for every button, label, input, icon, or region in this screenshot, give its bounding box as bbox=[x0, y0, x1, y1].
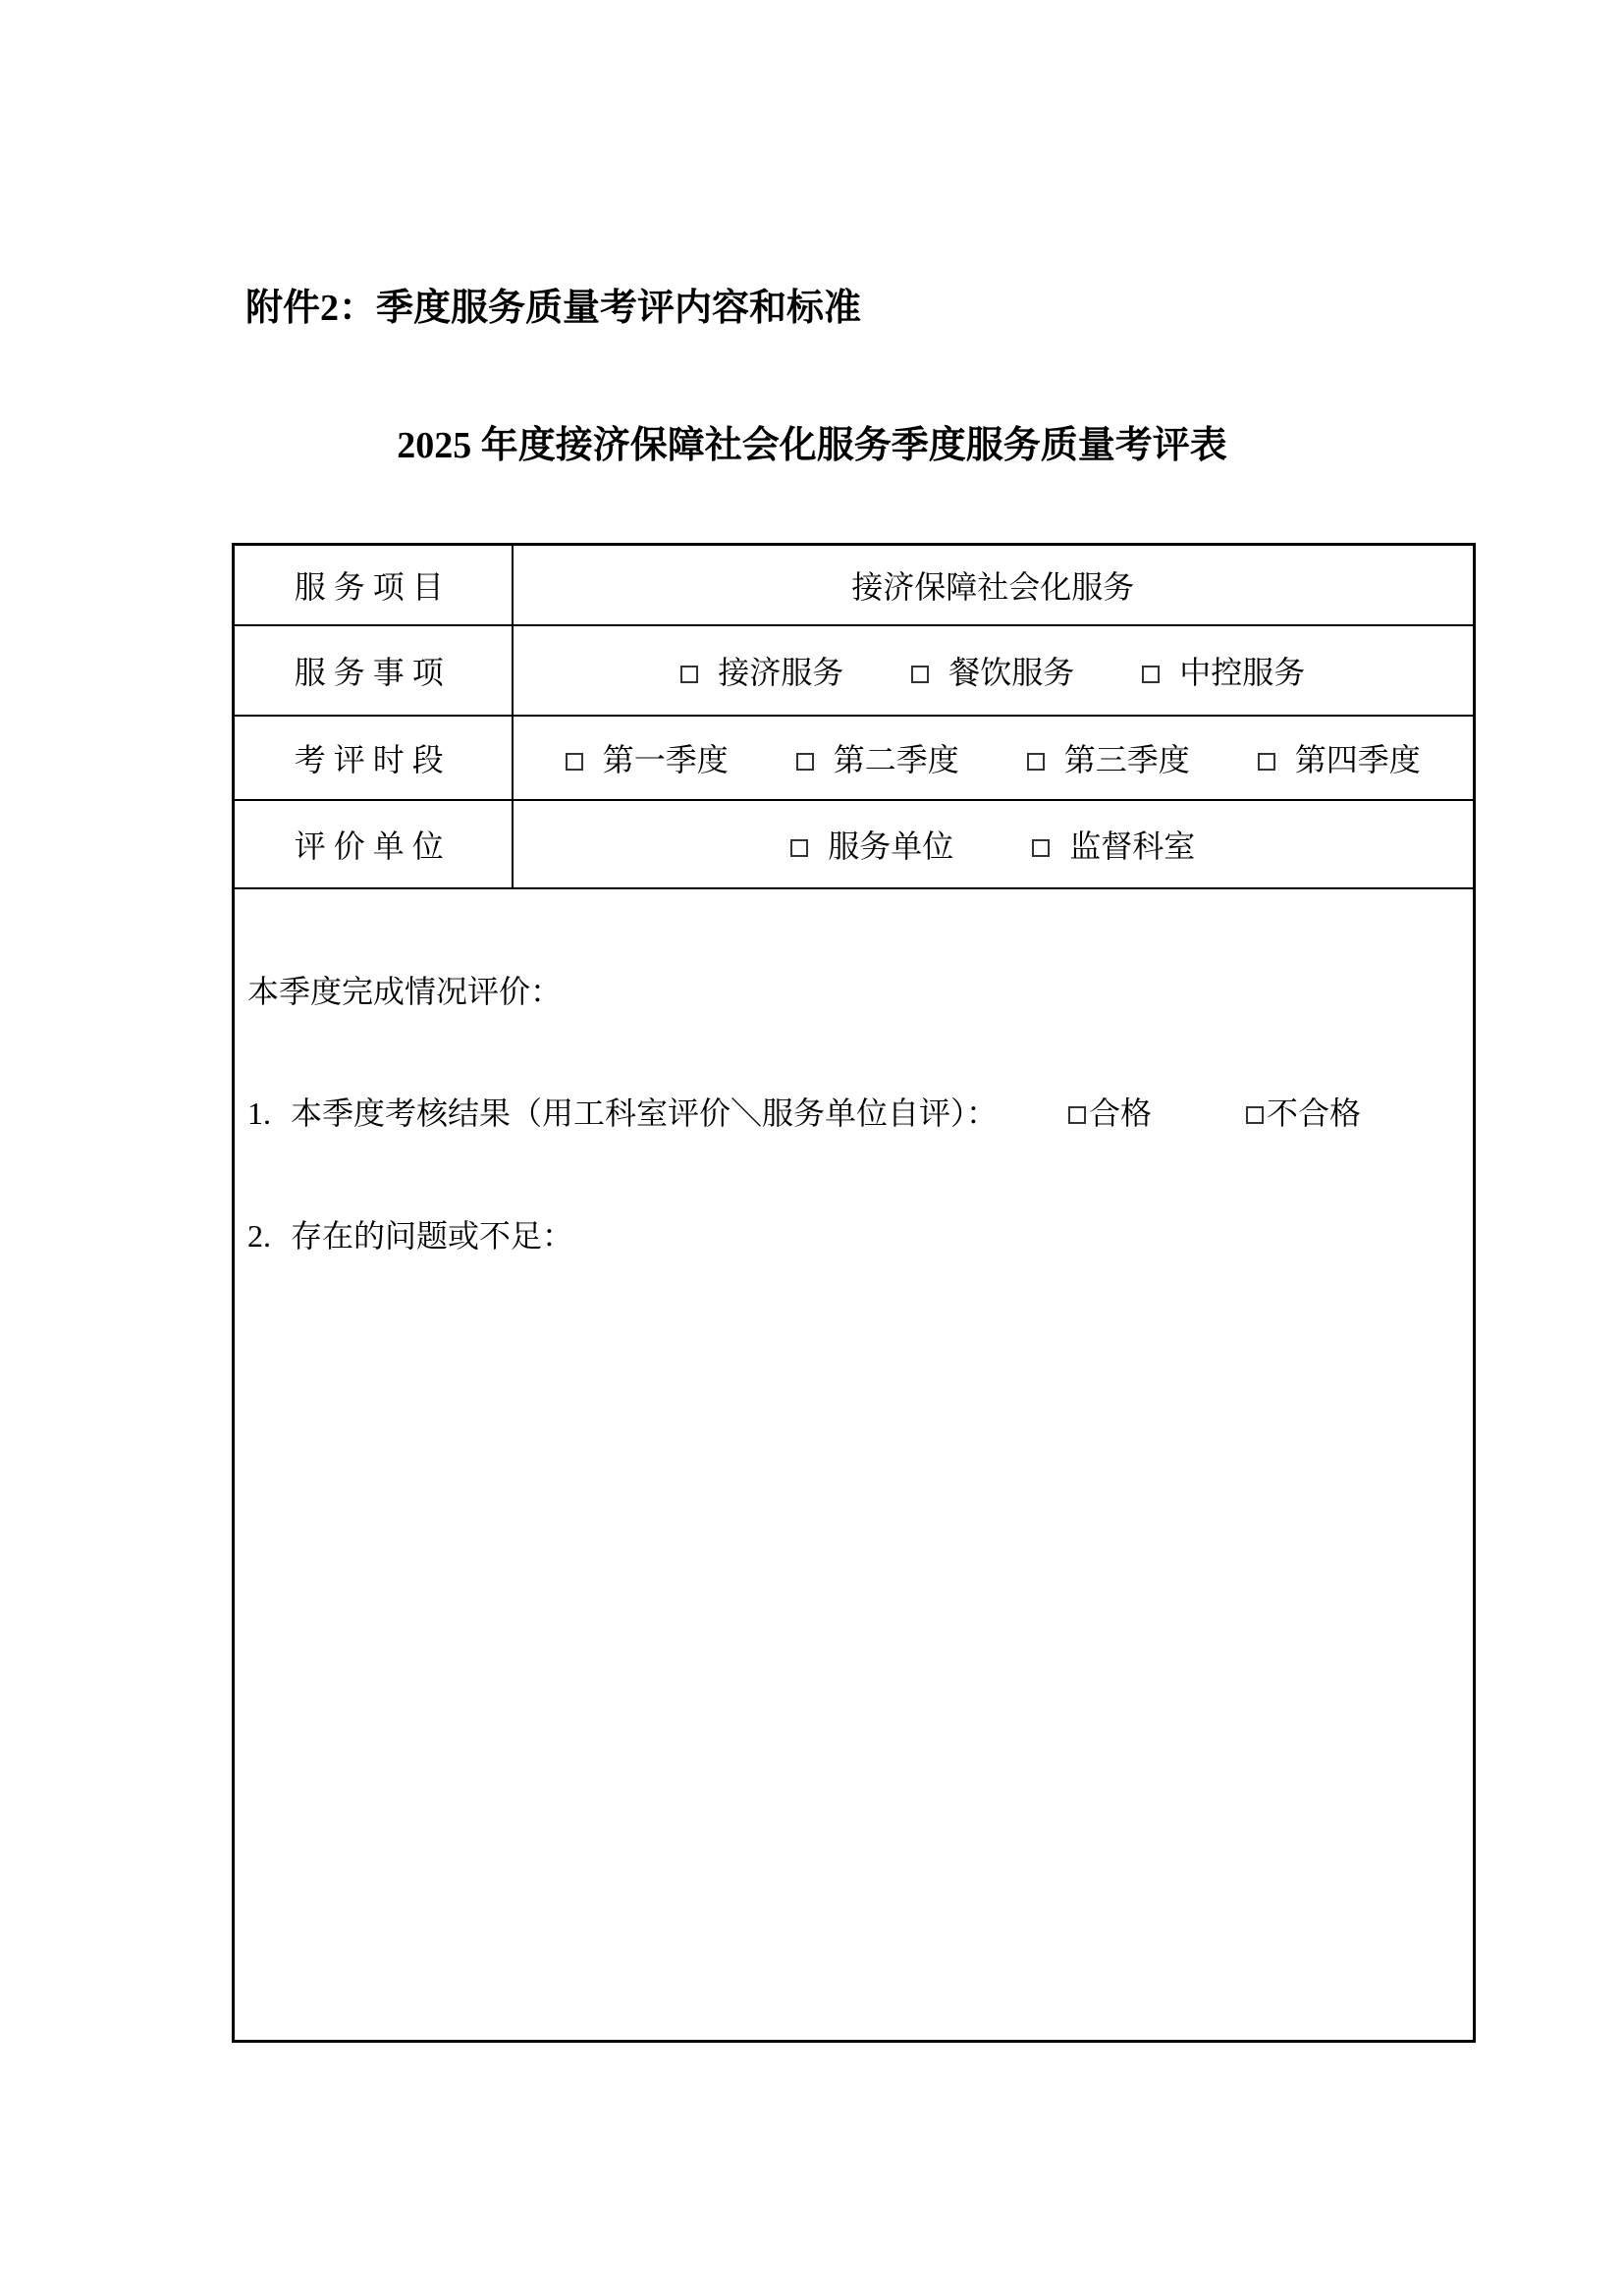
checkbox-option[interactable]: 不合格 bbox=[1246, 1094, 1361, 1133]
checkbox-option[interactable]: 监督科室 bbox=[1032, 822, 1195, 867]
checkbox-option-label: 监督科室 bbox=[1069, 822, 1195, 867]
checkbox-option[interactable]: 餐饮服务 bbox=[911, 648, 1074, 693]
evaluation-item-1: 1. 本季度考核结果（用工科室评价＼服务单位自评）： 合格 不合格 bbox=[247, 1094, 1461, 1133]
checkbox-option[interactable]: 接济服务 bbox=[680, 648, 843, 693]
evaluation-unit-options: 服务单位 监督科室 bbox=[514, 822, 1474, 867]
checkbox-icon bbox=[1032, 839, 1050, 857]
service-project-value-cell: 接济保障社会化服务 bbox=[513, 545, 1475, 625]
item-text: 本季度考核结果（用工科室评价＼服务单位自评）： bbox=[291, 1094, 998, 1133]
checkbox-icon bbox=[1246, 1106, 1264, 1124]
checkbox-icon bbox=[911, 666, 929, 683]
table-row: 本季度完成情况评价： 1. 本季度考核结果（用工科室评价＼服务单位自评）： 合格… bbox=[234, 888, 1475, 2042]
evaluation-item-2: 2. 存在的问题或不足： bbox=[247, 1216, 1461, 1255]
evaluation-heading: 本季度完成情况评价： bbox=[247, 972, 1461, 1011]
service-matters-label-cell: 服务事项 bbox=[234, 625, 513, 716]
checkbox-option[interactable]: 合格 bbox=[1068, 1094, 1152, 1133]
checkbox-option[interactable]: 第一季度 bbox=[566, 735, 729, 780]
table-row: 服务事项 接济服务 餐饮服务 中控服务 bbox=[234, 625, 1475, 716]
form-title: 2025 年度接济保障社会化服务季度服务质量考评表 bbox=[0, 424, 1624, 469]
checkbox-option-label: 中控服务 bbox=[1179, 648, 1305, 693]
table-row: 考评时段 第一季度 第二季度 第三季度 bbox=[234, 716, 1475, 800]
checkbox-icon bbox=[790, 839, 808, 857]
attachment-heading: 附件2：季度服务质量考评内容和标准 bbox=[245, 287, 861, 332]
checkbox-option[interactable]: 服务单位 bbox=[790, 822, 953, 867]
service-matters-value-cell: 接济服务 餐饮服务 中控服务 bbox=[513, 625, 1475, 716]
evaluation-unit-label-cell: 评价单位 bbox=[234, 800, 513, 888]
checkbox-icon bbox=[1142, 666, 1160, 683]
checkbox-icon bbox=[1027, 753, 1045, 771]
evaluation-table: 服务项目 接济保障社会化服务 服务事项 接济服务 餐饮服务 bbox=[232, 543, 1476, 2043]
checkbox-option-label: 第二季度 bbox=[834, 735, 959, 780]
evaluation-period-options: 第一季度 第二季度 第三季度 第四季度 bbox=[514, 735, 1474, 780]
checkbox-option-label: 服务单位 bbox=[828, 822, 953, 867]
checkbox-option[interactable]: 第三季度 bbox=[1027, 735, 1190, 780]
checkbox-icon bbox=[1068, 1106, 1086, 1124]
evaluation-unit-value-cell: 服务单位 监督科室 bbox=[513, 800, 1475, 888]
checkbox-option[interactable]: 第二季度 bbox=[796, 735, 959, 780]
item-number: 1. bbox=[247, 1094, 271, 1133]
service-matters-options: 接济服务 餐饮服务 中控服务 bbox=[514, 648, 1474, 693]
checkbox-option-label: 第一季度 bbox=[603, 735, 729, 780]
checkbox-icon bbox=[566, 753, 583, 771]
checkbox-icon bbox=[1258, 753, 1275, 771]
checkbox-icon bbox=[796, 753, 814, 771]
item-text: 存在的问题或不足： bbox=[291, 1216, 573, 1255]
checkbox-option-label: 合格 bbox=[1089, 1094, 1152, 1133]
evaluation-period-label-cell: 考评时段 bbox=[234, 716, 513, 800]
checkbox-option-label: 不合格 bbox=[1267, 1094, 1361, 1133]
evaluation-cell: 本季度完成情况评价： 1. 本季度考核结果（用工科室评价＼服务单位自评）： 合格… bbox=[234, 888, 1475, 2042]
checkbox-icon bbox=[680, 666, 698, 683]
checkbox-option-label: 第三季度 bbox=[1064, 735, 1190, 780]
checkbox-option[interactable]: 第四季度 bbox=[1258, 735, 1421, 780]
checkbox-option-label: 第四季度 bbox=[1295, 735, 1421, 780]
checkbox-option-label: 接济服务 bbox=[718, 648, 843, 693]
checkbox-option[interactable]: 中控服务 bbox=[1142, 648, 1305, 693]
checkbox-option-label: 餐饮服务 bbox=[948, 648, 1074, 693]
table-row: 评价单位 服务单位 监督科室 bbox=[234, 800, 1475, 888]
item-number: 2. bbox=[247, 1216, 271, 1255]
evaluation-period-value-cell: 第一季度 第二季度 第三季度 第四季度 bbox=[513, 716, 1475, 800]
table-row: 服务项目 接济保障社会化服务 bbox=[234, 545, 1475, 625]
service-project-label-cell: 服务项目 bbox=[234, 545, 513, 625]
document-page: 附件2：季度服务质量考评内容和标准 2025 年度接济保障社会化服务季度服务质量… bbox=[0, 0, 1624, 2296]
